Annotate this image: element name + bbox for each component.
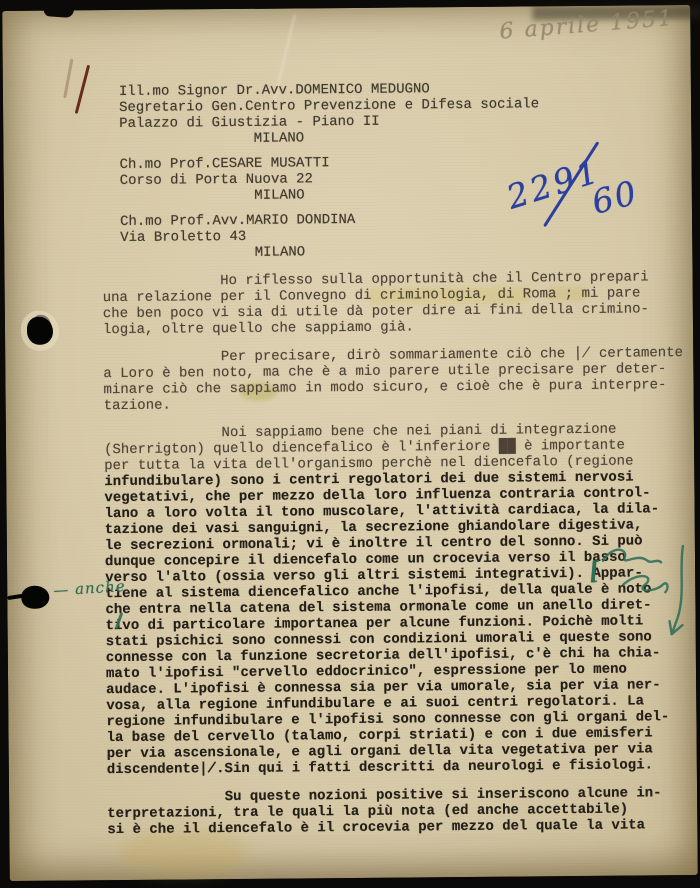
paragraph: Su queste nozioni positive si inseriscon…: [107, 785, 687, 838]
margin-dash: —: [53, 581, 70, 600]
address-block: Ch.mo Prof.CESARE MUSATTICorso di Porta …: [119, 153, 539, 205]
ink-blot: [21, 586, 49, 609]
paper-sheet: 6 aprile 1951 2291 60 Ill.mo Signor Dr.A…: [2, 5, 698, 881]
green-scribble-annotation: [597, 540, 700, 656]
text-line: MILANO: [119, 128, 539, 148]
text-line: MILANO: [120, 242, 540, 262]
faint-pen-stroke: [63, 59, 73, 99]
scanned-letter-scene: 6 aprile 1951 2291 60 Ill.mo Signor Dr.A…: [0, 0, 700, 888]
torn-edge-notch: [43, 0, 74, 18]
address-block: Ill.mo Signor Dr.Avv.DOMENICO MEDUGNOSeg…: [119, 80, 540, 148]
paragraph: Ho riflesso sulla opportunità che il Cen…: [103, 269, 683, 338]
recipient-addresses: Ill.mo Signor Dr.Avv.DOMENICO MEDUGNOSeg…: [119, 80, 541, 262]
paragraph: Per precisare, dirò sommariamente ciò ch…: [103, 345, 683, 414]
address-block: Ch.mo Prof.Avv.MARIO DONDINAVia Broletto…: [120, 210, 540, 262]
red-pen-stroke: [75, 65, 90, 114]
punch-hole: [27, 317, 53, 345]
margin-note-word: anche: [75, 577, 127, 598]
handwritten-date: 6 aprile 1951: [499, 4, 700, 45]
paragraph: Noi sappiamo bene che nei piani di integ…: [104, 421, 684, 474]
text-line: MILANO: [120, 185, 540, 205]
